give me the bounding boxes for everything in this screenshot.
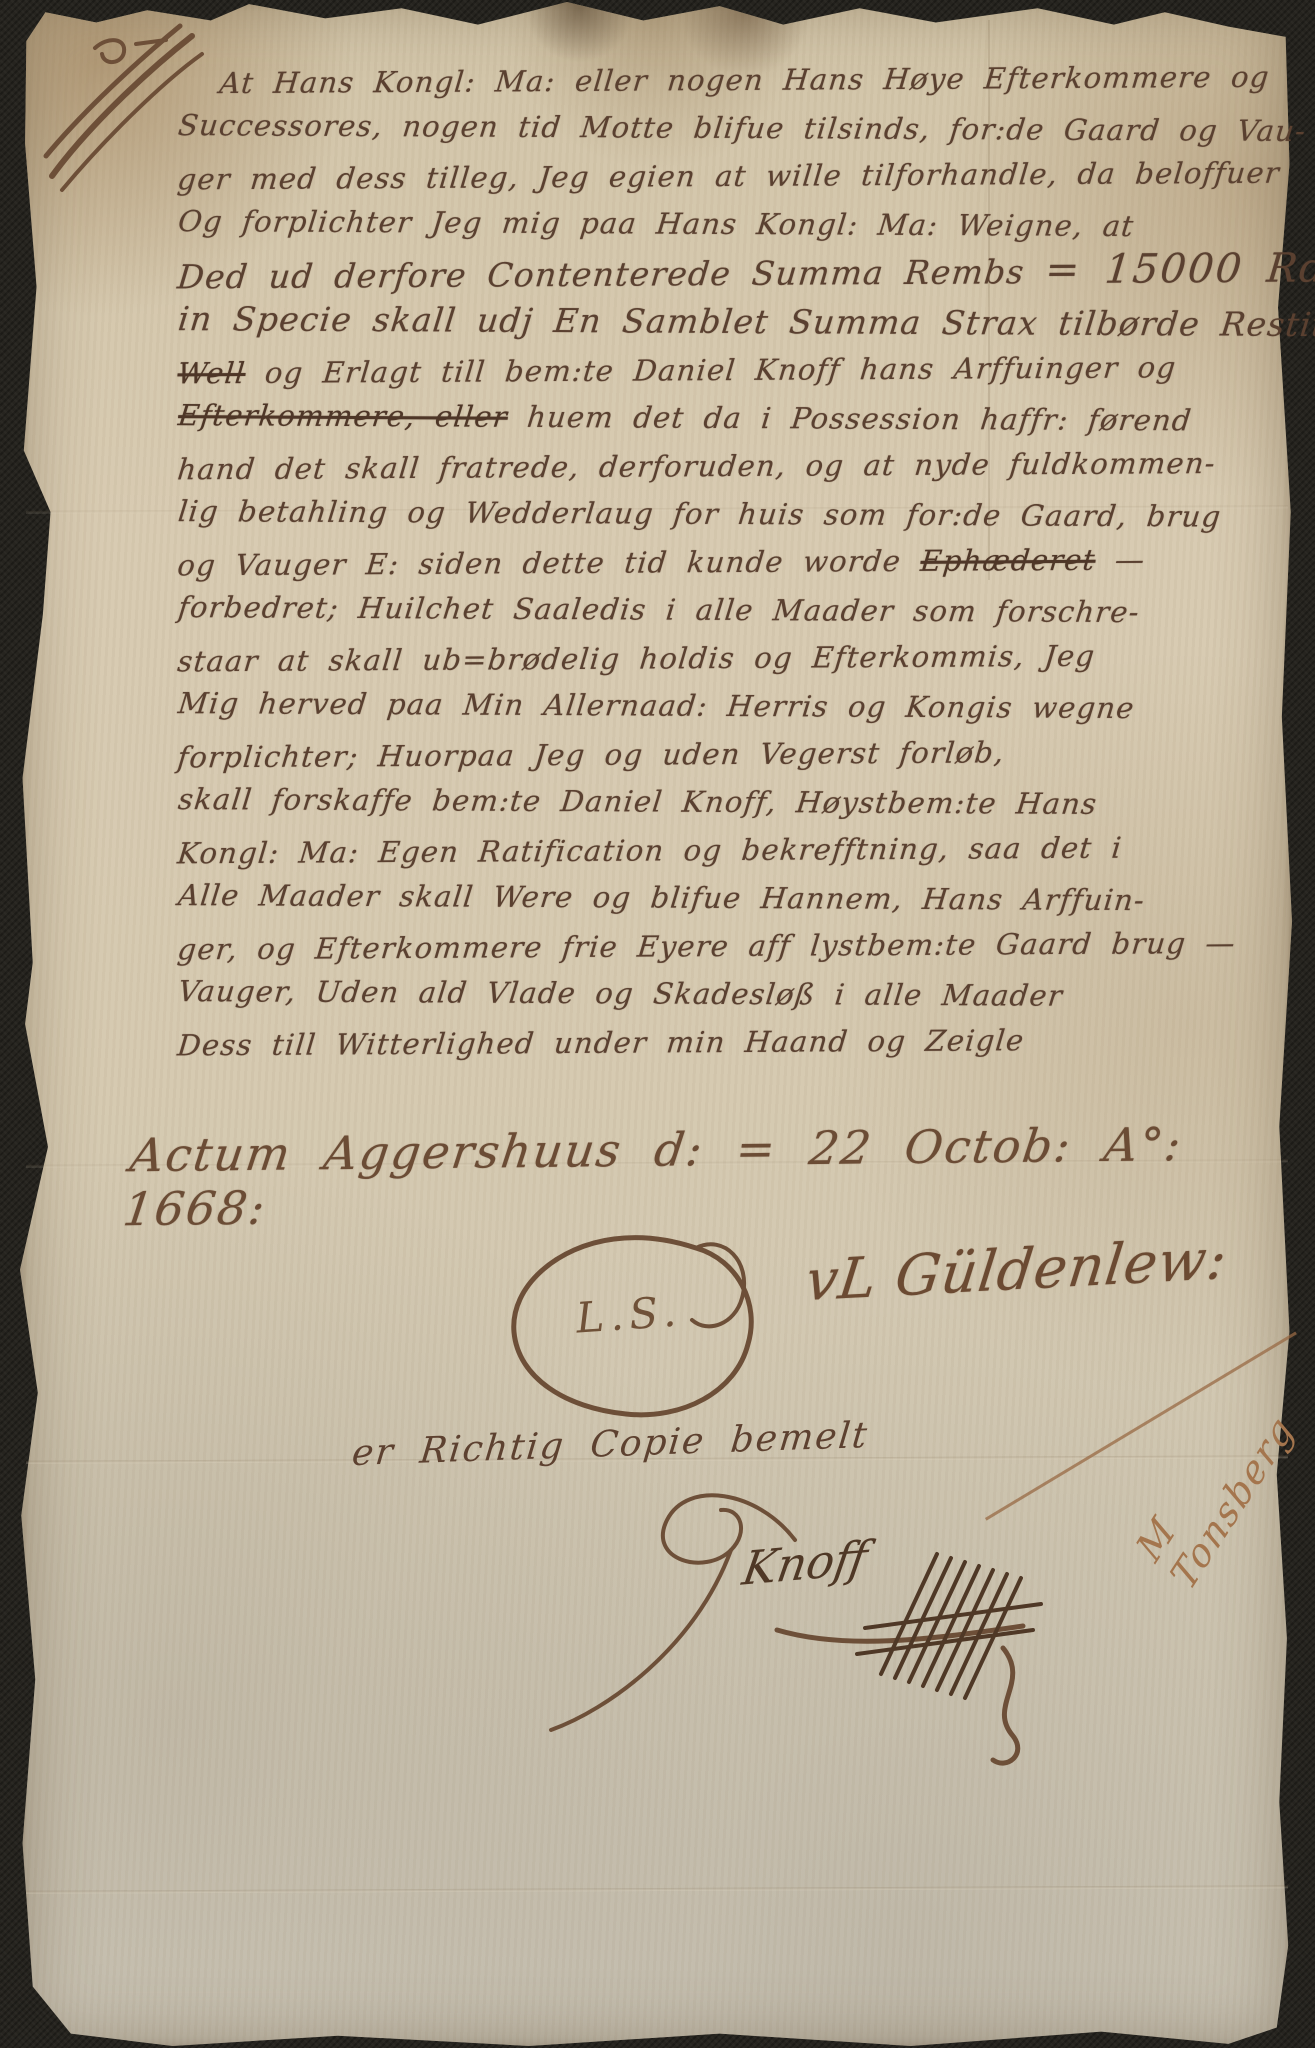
attestation-signature: Knoff [545, 1478, 1065, 1788]
dateline: Actum Aggershuus d: = 22 Octob: A°: 1668… [120, 1116, 1315, 1236]
manuscript-line: Kongl: Ma: Egen Ratification og bekrefft… [175, 823, 1298, 878]
manuscript-line: Alle Maader skall Were og blifue Hannem,… [176, 871, 1299, 925]
manuscript-line: Vauger, Uden ald Vlade og Skadesløß i al… [176, 967, 1299, 1021]
manuscript-line: Ded ud derfore Contenterede Summa Rembs … [175, 245, 1299, 302]
manuscript-line: Mig herved paa Min Allernaad: Herris og … [176, 679, 1299, 733]
seal-placeholder: L.S. [498, 1228, 768, 1428]
manuscript-line: Successores, nogen tid Motte blifue tils… [176, 101, 1299, 155]
scanned-archive-photo: { "document": { "kind": "17th-century ha… [0, 0, 1315, 2048]
manuscript-line: Dess till Witterlighed under min Haand o… [175, 1015, 1298, 1070]
attestation-signature-name: Knoff [739, 1530, 872, 1596]
manuscript-line: lig betahling og Wedderlaug for huis som… [176, 487, 1299, 541]
manuscript-line: forplichter; Huorpaa Jeg og uden Vegerst… [175, 727, 1298, 782]
manuscript-line: og Vauger E: siden dette tid kunde worde… [175, 535, 1298, 590]
manuscript-line: Og forplichter Jeg mig paa Hans Kongl: M… [176, 197, 1299, 251]
manuscript-line: forbedret; Huilchet Saaledis i alle Maad… [176, 583, 1299, 637]
manuscript-line: Well og Erlagt till bem:te Daniel Knoff … [175, 343, 1298, 398]
manuscript-line: skall forskaffe bem:te Daniel Knoff, Høy… [176, 775, 1299, 829]
manuscript-body: At Hans Kongl: Ma: eller nogen Hans Høye… [178, 56, 1296, 1066]
manuscript-line: hand det skall fratrede, derforuden, og … [175, 439, 1298, 494]
manuscript-line: Efterkommere, eller huem det da i Posses… [176, 391, 1299, 445]
signature-flourish-icon [545, 1478, 1065, 1788]
seal-ls-text: L.S. [574, 1286, 683, 1342]
manuscript-line: At Hans Kongl: Ma: eller nogen Hans Høye… [175, 53, 1298, 108]
manuscript-line: in Specie skall udj En Samblet Summa Str… [176, 295, 1299, 349]
manuscript-line: ger, og Efterkommere frie Eyere aff lyst… [175, 919, 1298, 974]
manuscript-line: ger med dess tilleg, Jeg egien at wille … [175, 149, 1298, 204]
manuscript-line: staar at skall ub=brødelig holdis og Eft… [175, 631, 1298, 686]
